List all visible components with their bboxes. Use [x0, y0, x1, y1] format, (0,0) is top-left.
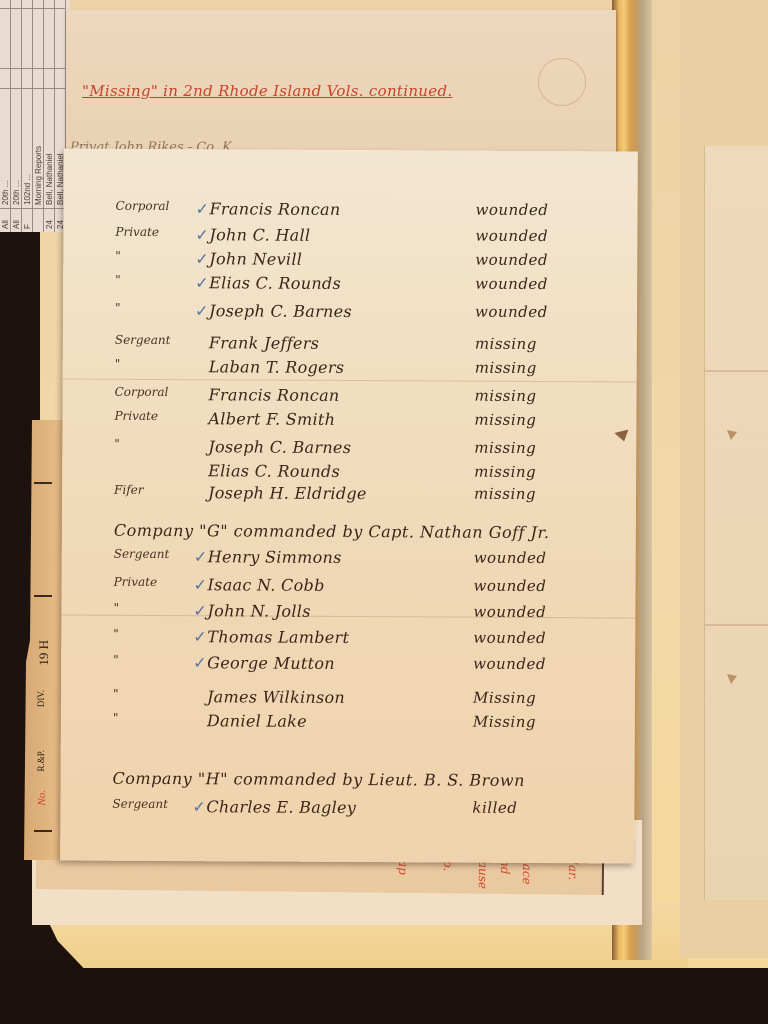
index-card-cell [11, 68, 21, 88]
index-card-cell [33, 8, 43, 68]
soldier-name: George Mutton [207, 653, 335, 673]
spine-label: R.&P. [36, 750, 46, 772]
checkmark-icon: ✓ [195, 301, 209, 320]
casualty-status: missing [474, 439, 536, 457]
rank-label: " [113, 627, 191, 641]
casualty-status: missing [475, 335, 537, 353]
casualty-status: wounded [473, 655, 546, 673]
casualty-status: missing [475, 387, 537, 405]
rank-label: " [113, 653, 191, 667]
index-card-cell [0, 68, 10, 88]
soldier-name: Joseph H. Eldridge [208, 483, 367, 503]
casualty-entry: Corporal✓Francis Roncanwounded [63, 199, 637, 226]
spine-label: DIV. [36, 690, 46, 707]
soldier-name: Daniel Lake [207, 711, 307, 731]
casualty-entry: "✓Joseph C. Barneswounded [63, 301, 637, 328]
checkmark-icon: ✓ [195, 249, 209, 268]
casualty-status: missing [474, 485, 536, 503]
soldier-name: Laban T. Rogers [209, 357, 345, 377]
index-card-rows: All20th ...All20th ...F102nd ...Morning … [0, 0, 70, 232]
soldier-name: John C. Hall [209, 225, 310, 245]
index-card-cell [55, 8, 65, 68]
index-card-cell: Morning Reports [33, 88, 43, 208]
casualty-status: wounded [475, 303, 548, 321]
soldier-name: Isaac N. Cobb [208, 575, 325, 595]
index-card-cell [22, 8, 32, 68]
rank-label: " [115, 301, 193, 315]
spine-label: 19 H [36, 640, 52, 666]
soldier-name: Thomas Lambert [207, 627, 349, 647]
index-card: All20th ...All20th ...F102nd ...Morning … [0, 0, 70, 232]
index-card-cell [22, 68, 32, 88]
casualty-status: wounded [474, 577, 547, 595]
rank-label: " [113, 601, 191, 615]
embossed-seal [538, 58, 586, 106]
casualty-entry: "Laban T. Rogersmissing [63, 356, 637, 383]
casualty-entry: "James WilkinsonMissing [61, 686, 635, 713]
soldier-name: Elias C. Rounds [208, 461, 340, 481]
checkmark-icon: ✓ [194, 547, 208, 566]
index-card-cell: 20th ... [11, 88, 21, 208]
index-card-cell [33, 68, 43, 88]
paper-tear [727, 430, 737, 440]
rank-label: Private [115, 225, 193, 239]
soldier-name: Joseph C. Barnes [208, 437, 351, 457]
casualty-status: wounded [475, 251, 548, 269]
rank-label: Private [114, 575, 192, 589]
casualty-status: killed [472, 799, 517, 817]
soldier-name: Charles E. Bagley [206, 797, 356, 817]
spine-mark [34, 595, 52, 597]
casualty-entry: Private✓Isaac N. Cobbwounded [62, 574, 636, 601]
index-card-cell: F [22, 208, 32, 232]
rank-label: " [115, 273, 193, 287]
index-card-cell [0, 8, 10, 68]
casualty-status: wounded [474, 549, 547, 567]
index-card-cell: Bell, Nathaniel [44, 88, 54, 208]
casualty-entry: "✓John Nevillwounded [63, 249, 637, 276]
index-card-cell [55, 68, 65, 88]
document-heading: "Missing" in 2nd Rhode Island Vols. cont… [82, 82, 452, 100]
casualty-entry: Sergeant✓Charles E. Bagleykilled [60, 796, 634, 823]
index-card-cell [44, 8, 54, 68]
spine-mark [34, 830, 52, 832]
casualty-entry: FiferJoseph H. Eldridgemissing [62, 482, 636, 509]
rank-label: Fifer [114, 483, 192, 497]
casualty-entry: Private✓John C. Hallwounded [63, 225, 637, 252]
casualty-entry: PrivateAlbert F. Smithmissing [62, 408, 636, 435]
checkmark-icon: ✓ [195, 225, 209, 244]
index-card-cell [33, 208, 43, 232]
dark-table-surface [0, 960, 768, 1024]
index-card-row: All20th ... [11, 0, 22, 232]
soldier-name: Francis Roncan [210, 199, 341, 219]
rank-label: " [113, 687, 191, 701]
casualty-status: Missing [473, 689, 536, 707]
spine-mark [34, 482, 52, 484]
soldier-name: Henry Simmons [208, 547, 342, 567]
soldier-name: John Nevill [209, 249, 302, 268]
index-card-row: 24Bell, Nathaniel [44, 0, 55, 232]
rank-label: " [114, 437, 192, 451]
spine-label: No. [36, 790, 48, 806]
casualty-entry: CorporalFrancis Roncanmissing [63, 384, 637, 411]
soldier-name: John N. Jolls [207, 601, 310, 621]
checkmark-icon: ✓ [196, 199, 210, 218]
casualty-entry: "✓Elias C. Roundswounded [63, 273, 637, 300]
soldier-name: James Wilkinson [207, 687, 345, 707]
index-card-cell: 24 [44, 208, 54, 232]
casualty-status: missing [474, 463, 536, 481]
index-card-cell: All [11, 208, 21, 232]
company-h-heading: Company "H" commanded by Lieut. B. S. Br… [113, 769, 633, 791]
fold-line [705, 624, 768, 626]
company-g-heading: Company "G" commanded by Capt. Nathan Go… [114, 521, 634, 543]
paper-tear [727, 674, 737, 684]
checkmark-icon: ✓ [193, 627, 207, 646]
casualty-status: Missing [473, 713, 536, 731]
soldier-name: Frank Jeffers [209, 333, 319, 353]
casualty-status: wounded [473, 629, 546, 647]
checkmark-icon: ✓ [193, 601, 207, 620]
checkmark-icon: ✓ [192, 797, 206, 816]
casualty-status: missing [474, 411, 536, 429]
rank-label: Private [114, 409, 192, 423]
rank-label: " [113, 711, 191, 725]
rank-label: Corporal [116, 199, 194, 213]
right-document-page [704, 146, 768, 900]
index-card-row: Morning Reports [33, 0, 44, 232]
document-spine-tabs: R.&P. DIV. 19 H No. [24, 420, 64, 860]
checkmark-icon: ✓ [195, 273, 209, 292]
casualty-entry: "✓George Muttonwounded [61, 652, 635, 679]
casualty-entry: "Daniel LakeMissing [61, 710, 635, 737]
casualty-status: wounded [473, 603, 546, 621]
rank-label: Sergeant [112, 797, 190, 811]
casualty-entry: Sergeant✓Henry Simmonswounded [62, 546, 636, 573]
casualty-entry: "✓John N. Jollswounded [61, 600, 635, 627]
casualty-status: wounded [475, 275, 548, 293]
soldier-name: Francis Roncan [209, 385, 340, 405]
index-card-row: All20th ... [0, 0, 11, 232]
soldier-name: Albert F. Smith [208, 409, 335, 429]
soldier-name: Joseph C. Barnes [209, 301, 352, 321]
casualty-list-sheet: Company "G" commanded by Capt. Nathan Go… [60, 149, 638, 864]
checkmark-icon: ✓ [193, 653, 207, 672]
casualty-entry: "Joseph C. Barnesmissing [62, 436, 636, 463]
soldier-name: Elias C. Rounds [209, 273, 341, 293]
index-card-cell: All [0, 208, 10, 232]
index-card-row: F102nd ... [22, 0, 33, 232]
checkmark-icon: ✓ [194, 575, 208, 594]
fold-line [705, 370, 768, 372]
index-card-cell: 102nd ... [22, 88, 32, 208]
casualty-entry: "✓Thomas Lambertwounded [61, 626, 635, 653]
index-card-cell [44, 68, 54, 88]
index-card-cell [11, 8, 21, 68]
index-card-cell: 20th ... [0, 88, 10, 208]
casualty-entry: SergeantFrank Jeffersmissing [63, 332, 637, 359]
rank-label: " [115, 357, 193, 371]
casualty-status: missing [475, 359, 537, 377]
rank-label: " [115, 249, 193, 263]
rank-label: Sergeant [115, 333, 193, 347]
rank-label: Corporal [115, 385, 193, 399]
rank-label: Sergeant [114, 547, 192, 561]
casualty-status: wounded [475, 227, 548, 245]
casualty-status: wounded [476, 201, 549, 219]
